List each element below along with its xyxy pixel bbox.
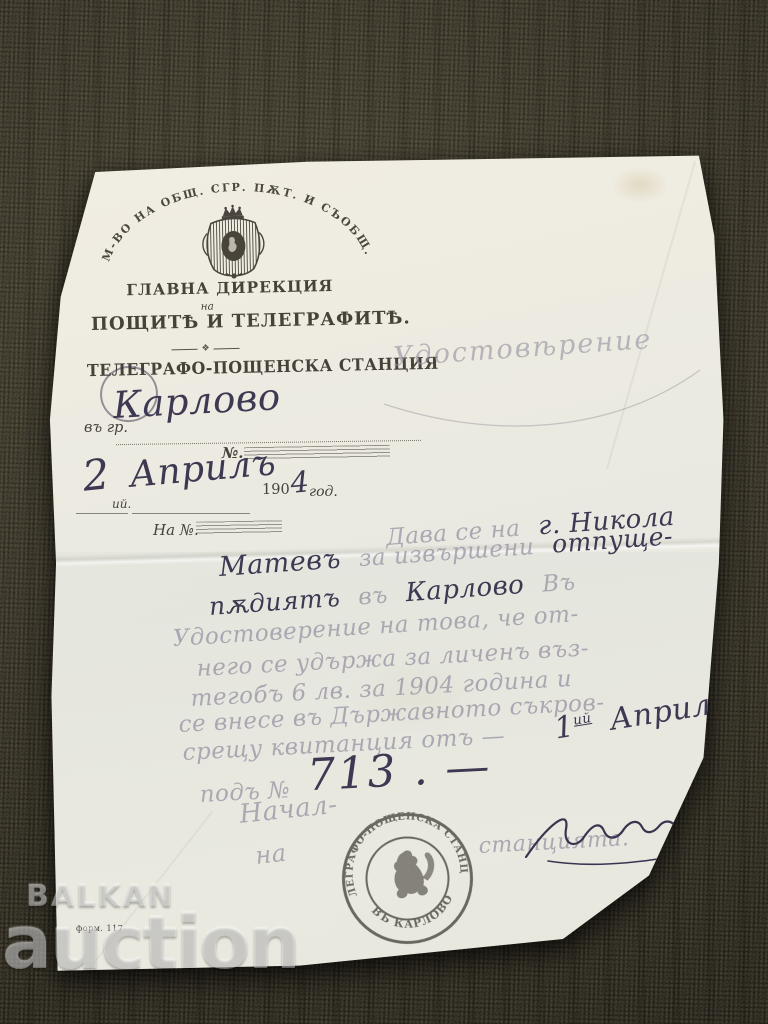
date-underline [132, 513, 250, 514]
date-year-printed: 190 [262, 482, 290, 498]
posts-telegraphs-title: ПОЩИТѢ И ТЕЛЕГРАФИТѢ. [91, 307, 411, 335]
paper-sheet: М-ВО НА ОБЩ. СГР. ПѪТ. И СЪОБЩ. [0, 0, 768, 1024]
city-value-handwritten: Карлово [112, 375, 282, 427]
divider-bar [214, 348, 240, 350]
date-year-label: год. [309, 484, 338, 500]
official-stamp: ТЕЛЕГРАФО-ПОЩЕНСКА СТАНЦИЯ ✳ ВЪ КАРЛОВО … [328, 799, 487, 958]
divider-ornament: ❖ [171, 344, 239, 354]
title-flourish [372, 352, 712, 432]
directorate-title: ГЛАВНА ДИРЕКЦИЯ [126, 276, 333, 299]
lion-rampant-icon [390, 846, 440, 900]
diamond-ornament-icon: ❖ [201, 345, 209, 354]
photo-stage: М-ВО НА ОБЩ. СГР. ПѪТ. И СЪОБЩ. [0, 0, 768, 1024]
date-underline [76, 513, 128, 514]
date-day-handwritten: 2 [80, 449, 112, 501]
annotation-day-suffix: ий [572, 710, 593, 729]
handwriting-segment: Въ [541, 569, 576, 597]
date-day-suffix: ий. [112, 497, 131, 511]
city-label: въ гр. [84, 420, 128, 436]
paper-document: М-ВО НА ОБЩ. СГР. ПѪТ. И СЪОБЩ. [0, 0, 768, 1024]
ruled-lines [196, 520, 282, 534]
handwriting-segment: въ [357, 582, 388, 610]
closing-word: на [254, 839, 288, 870]
date-year-digit-handwritten: 4 [289, 464, 311, 500]
divider-bar [172, 349, 198, 351]
date-month-handwritten: Априлъ [128, 442, 278, 496]
watermark-auction: auction [2, 906, 299, 980]
state-crest-icon [197, 202, 271, 285]
ref-number-label: На №. [153, 521, 199, 539]
signature-flourish [518, 795, 703, 875]
